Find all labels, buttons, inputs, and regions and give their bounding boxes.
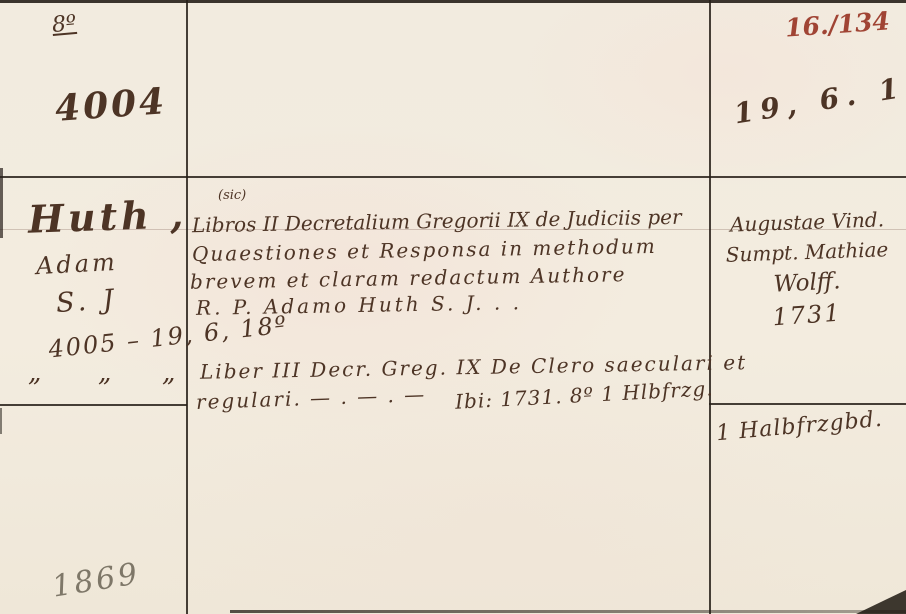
- ditto-mark: „: [28, 358, 41, 388]
- sic-annotation: (sic): [218, 188, 246, 203]
- ditto-mark: „: [98, 358, 111, 388]
- author-surname: Huth ,: [27, 191, 188, 242]
- accession-date: 19, 6. 17: [732, 67, 906, 131]
- catalog-card: 8º 4004 16./134 19, 6. 17 Huth , Adam S.…: [0, 0, 906, 614]
- pencil-shelfmark: 16./134: [784, 6, 891, 42]
- year-pencil: 1869: [50, 556, 143, 604]
- shelf-number: 4004: [54, 80, 169, 130]
- left-edge-mark-lower: [0, 408, 2, 434]
- column-divider-left: [186, 0, 188, 614]
- author-order: S. J: [55, 284, 119, 319]
- row-separator-line: [0, 176, 906, 178]
- second-shelf-line: 4005 – 19, 6, 18º: [47, 311, 289, 364]
- card-bottom-edge: [230, 610, 906, 613]
- binding-note: 1 Halbfrzgbd.: [715, 407, 883, 446]
- left-cell-separator-line: [0, 404, 187, 406]
- author-forename: Adam: [35, 248, 118, 280]
- corner-shadow: [856, 590, 906, 614]
- ditto-mark: „: [162, 358, 175, 388]
- left-edge-mark: [0, 168, 3, 238]
- format-mark: 8º: [51, 11, 77, 38]
- right-cell-separator-line: [709, 403, 906, 405]
- card-top-edge: [0, 0, 906, 3]
